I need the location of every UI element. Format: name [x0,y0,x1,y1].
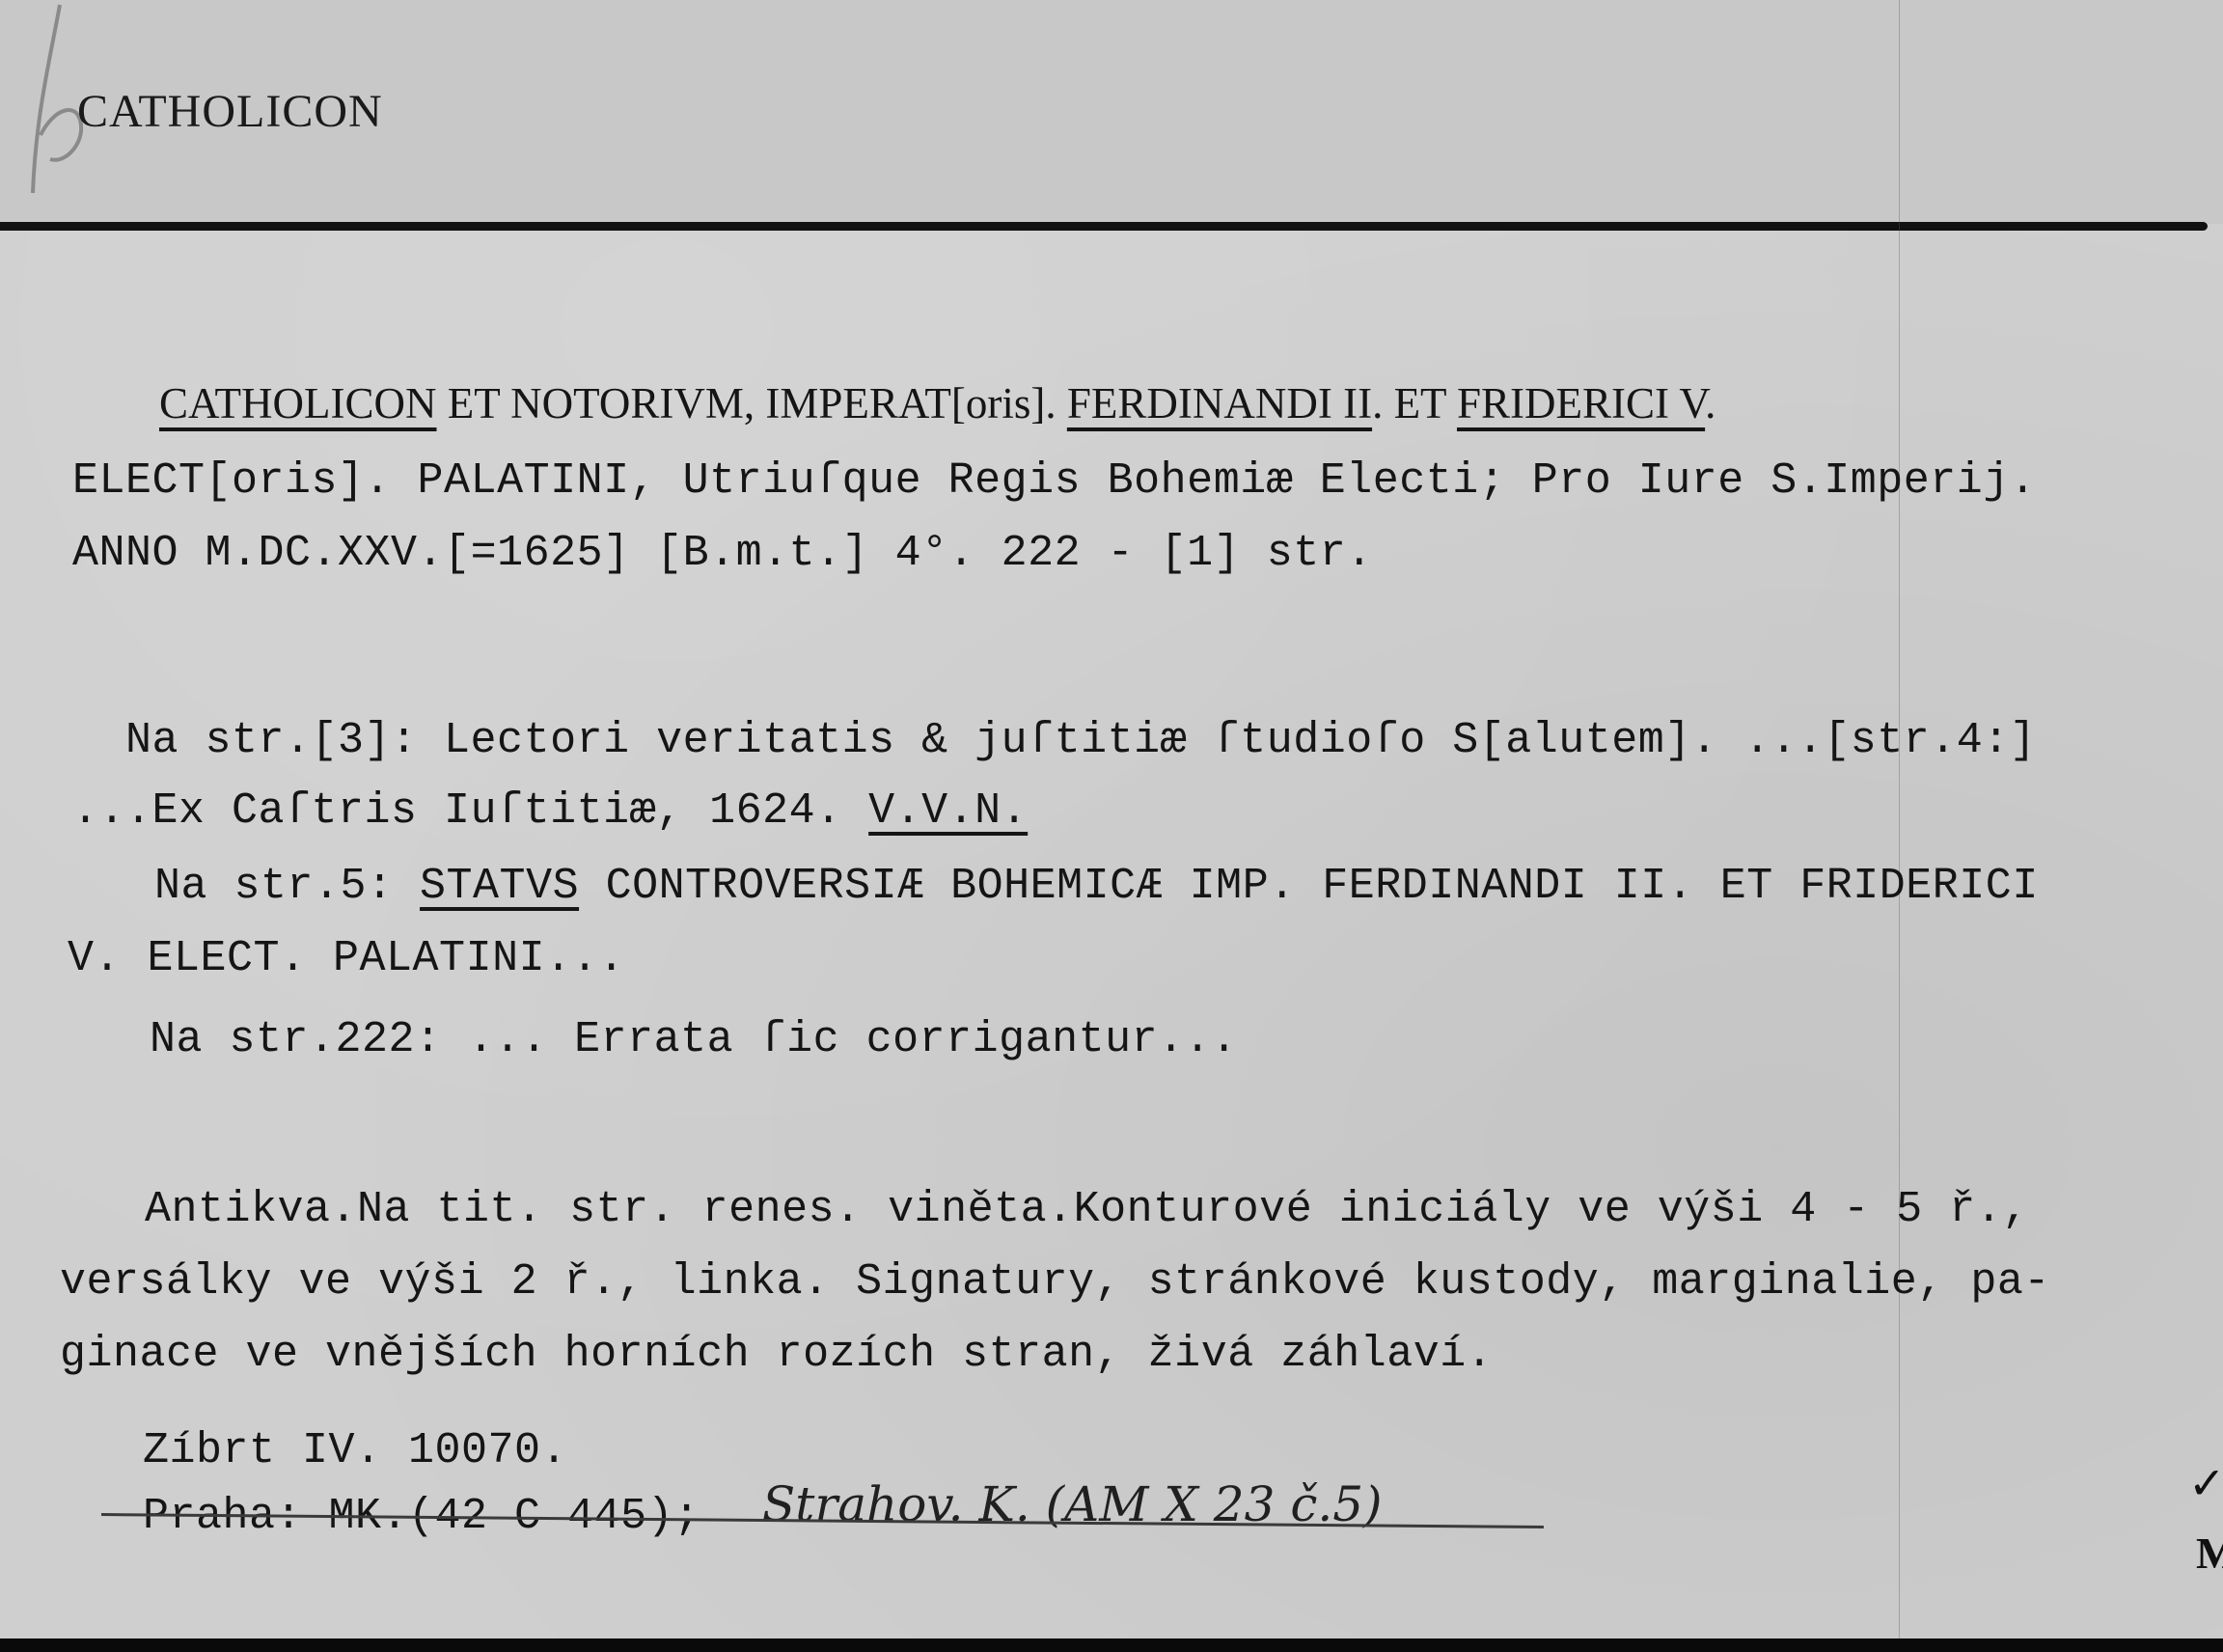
description-line-3: ginace ve vnějších horních rozích stran,… [60,1330,1493,1379]
title-line-3: ANNO M.DC.XXV.[=1625] [B.m.t.] 4°. 222 -… [72,529,1373,578]
margin-letter: M [2196,1528,2223,1579]
scan-bottom-border [0,1638,2223,1652]
contents-line-1: Na str.[3]: Lectori veritatis & juſtitiæ… [125,716,2036,765]
header-rule [0,222,2208,231]
title-line-1: CATHOLICON ET NOTORIVM, IMPERAT[oris]. F… [159,378,1715,431]
description-line-2: versálky ve výši 2 ř., linka. Signatury,… [60,1257,2050,1307]
title-ferdinand: FERDINANDI II [1067,379,1372,427]
title-main: CATHOLICON [159,379,437,427]
contents-line-5: Na str.222: ... Errata ſic corrigantur..… [150,1015,1238,1064]
card-heading: CATHOLICON [77,85,383,138]
contents-line-4: V. ELECT. PALATINI... [68,934,625,983]
contents-status: STATVS [420,862,579,911]
bibliographic-reference: Zíbrt IV. 10070. [143,1426,567,1475]
contents-line-3: Na str.5: STATVS CONTROVERSIÆ BOHEMICÆ I… [154,862,2039,911]
title-line-2: ELECT[oris]. PALATINI, Utriuſque Regis B… [72,456,2036,506]
contents-signature: V.V.N. [868,786,1028,836]
card-fold-line [1899,0,1900,1638]
description-line-1: Antikva.Na tit. str. renes. viněta.Kontu… [145,1185,2029,1234]
contents-line-2: ...Ex Caſtris Iuſtitiæ, 1624. V.V.N. [72,786,1028,836]
checkmark-icon: ✓ [2188,1457,2223,1509]
title-frederick: FRIDERICI V [1457,379,1705,427]
catalog-card: CATHOLICON CATHOLICON ET NOTORIVM, IMPER… [0,0,2223,1638]
